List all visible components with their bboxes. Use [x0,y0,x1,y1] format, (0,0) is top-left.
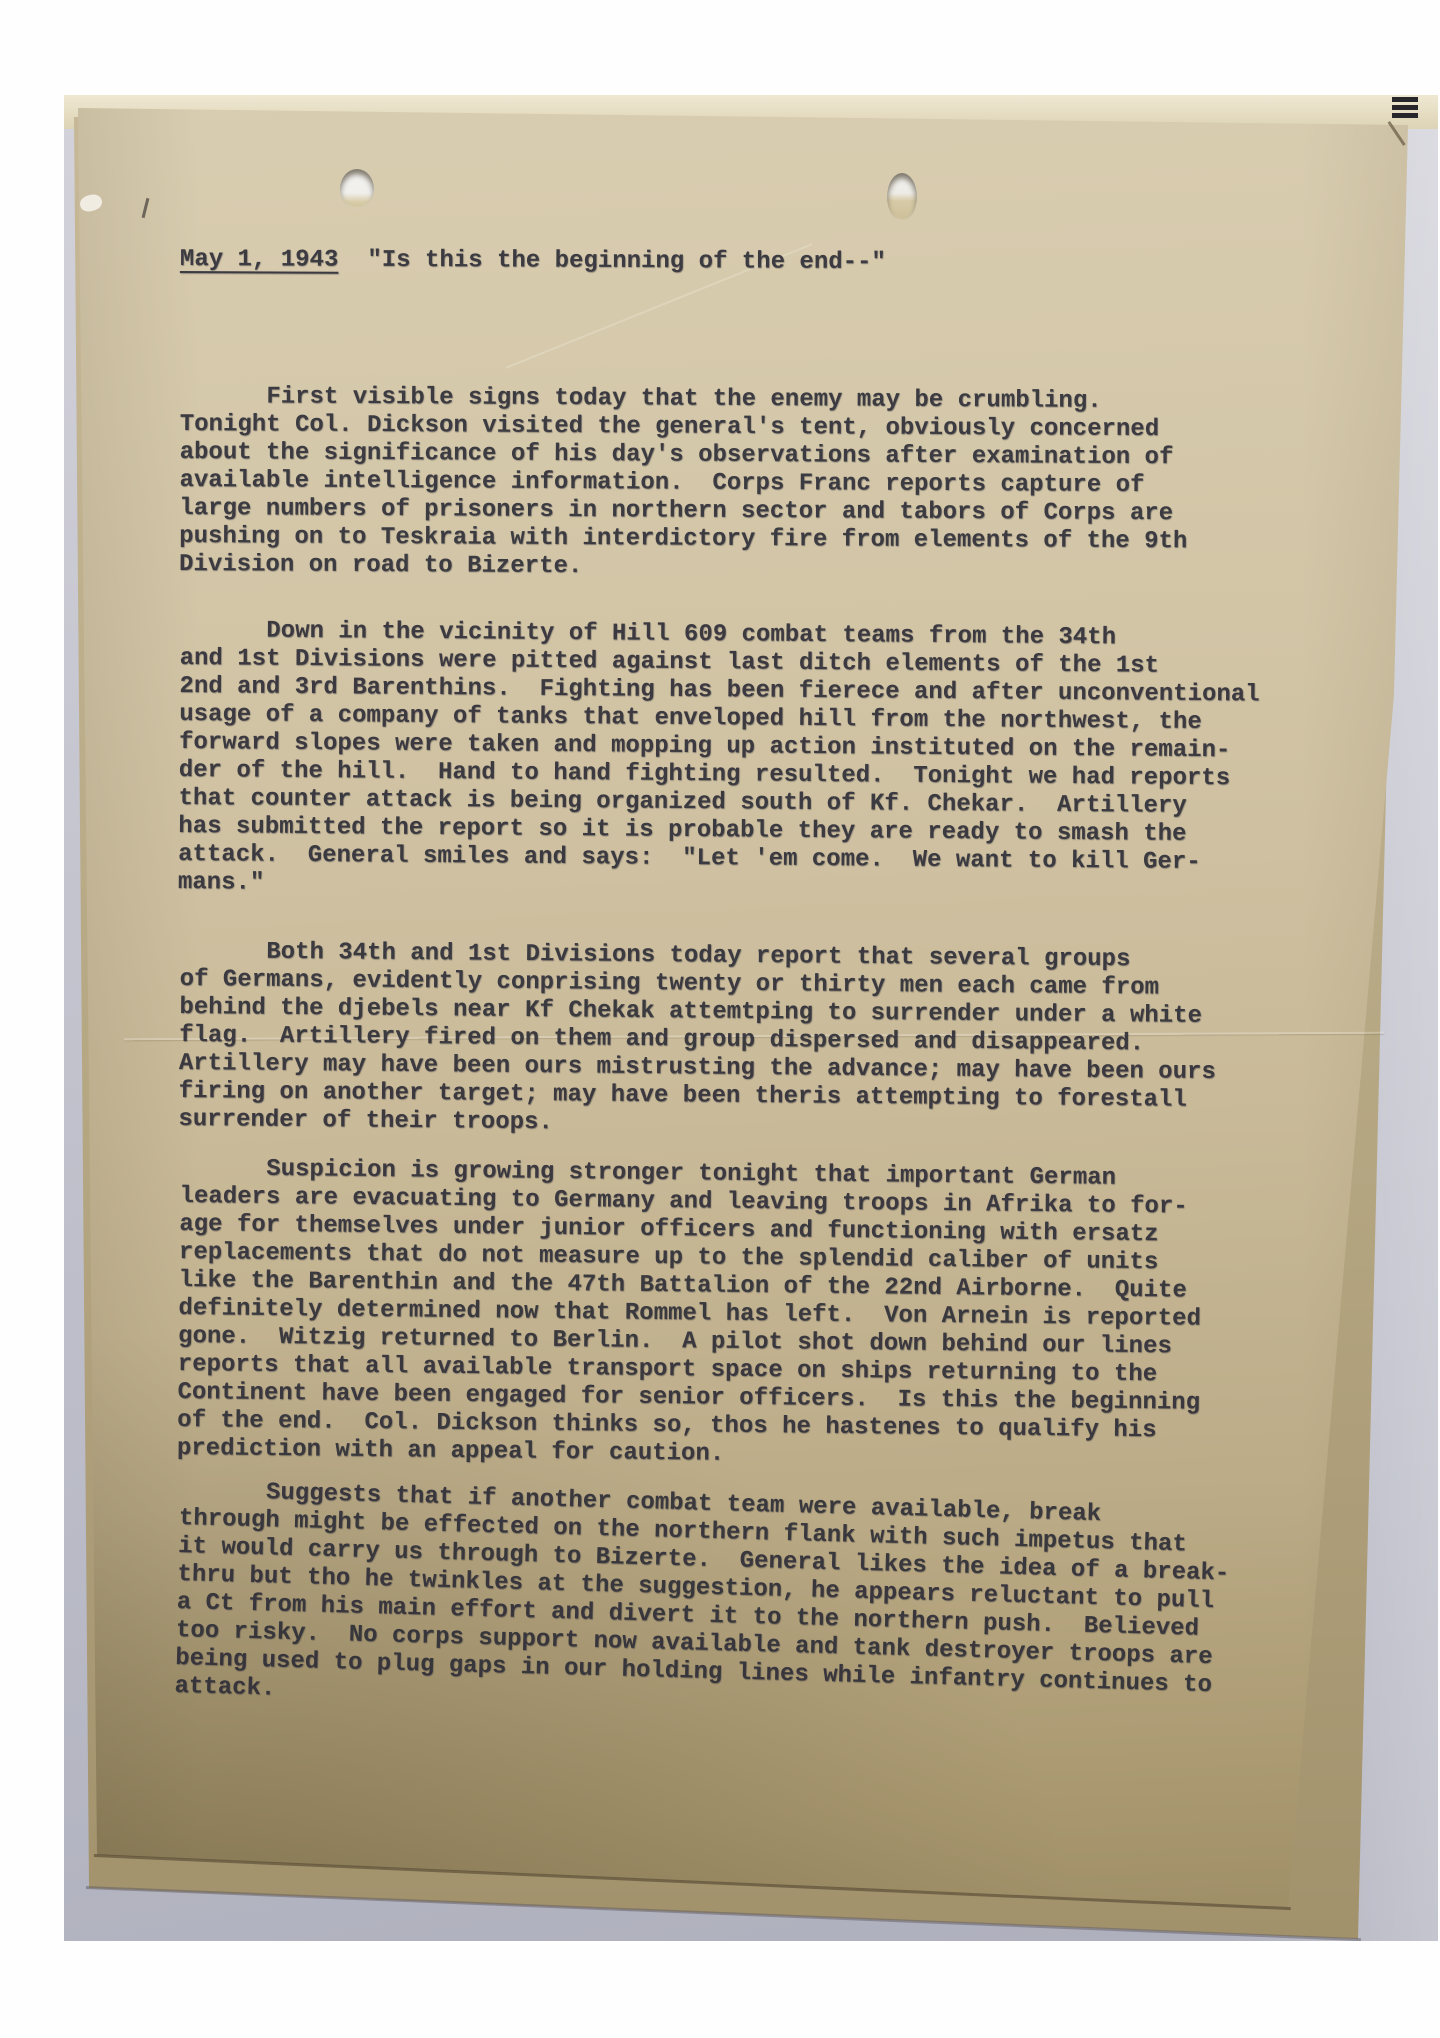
scan-page: May 1, 1943"Is this the beginning of the… [0,0,1440,2038]
document-date: May 1, 1943 [180,246,339,274]
typed-text: May 1, 1943"Is this the beginning of the… [180,95,1420,1941]
photo-of-document: May 1, 1943"Is this the beginning of the… [64,95,1438,1941]
paragraph-5: Suggests that if another combat team wer… [174,1477,1231,1728]
paragraph-1: First visible signs today that the enemy… [179,383,1188,584]
document-title: May 1, 1943"Is this the beginning of the… [180,246,886,277]
paragraph-4: Suspicion is growing stronger tonight th… [177,1155,1203,1474]
paragraph-3: Both 34th and 1st Divisions today report… [178,938,1217,1143]
paragraph-2: Down in the vicinity of Hill 609 combat … [178,617,1260,905]
title-quote: "Is this the beginning of the end--" [367,247,886,276]
